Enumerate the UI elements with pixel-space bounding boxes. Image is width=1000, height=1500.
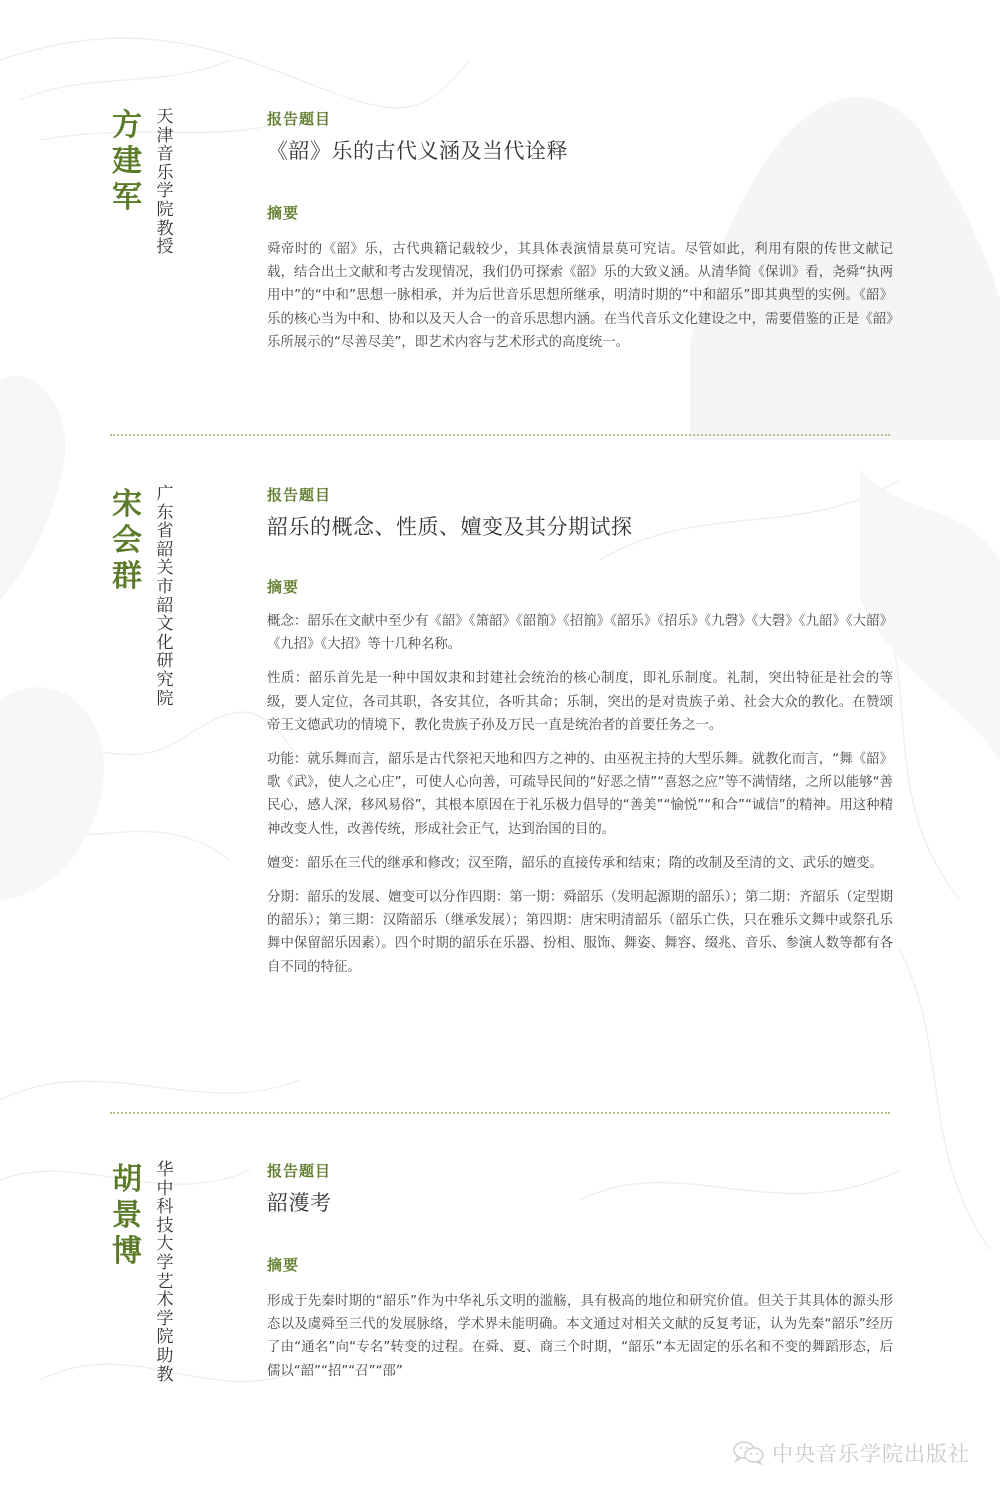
speaker-name: 胡 景 博 — [112, 1162, 142, 1270]
affiliation-char: 津 — [157, 127, 174, 146]
report-title: 《韶》乐的古代义涵及当代诠释 — [267, 136, 893, 166]
abstract-body: 舜帝时的《韶》乐，古代典籍记载较少，其具体表演情景莫可究诘。尽管如此，利用有限的… — [267, 238, 893, 354]
speaker-name-char: 群 — [112, 559, 142, 595]
affiliation-char: 科 — [157, 1198, 174, 1217]
affiliation-char: 教 — [157, 220, 174, 239]
abstract-paragraph-nature: 性质：韶乐首先是一种中国奴隶和封建社会统治的核心制度，即礼乐制度。礼制，突出特征… — [267, 667, 893, 737]
report-title-label: 报告题目 — [267, 1160, 893, 1182]
speaker-affiliation: 天 津 音 乐 学 院 教 授 — [155, 108, 175, 257]
affiliation-char: 中 — [157, 1180, 174, 1199]
speaker-affiliation: 华 中 科 技 大 学 艺 术 学 院 助 教 — [155, 1161, 175, 1384]
affiliation-char: 东 — [157, 504, 174, 523]
report-title: 韶濩考 — [267, 1188, 893, 1218]
abstract-paragraph-periods: 分期：韶乐的发展、嬗变可以分作四期：第一期：舜韶乐（发明起源期的韶乐）；第二期：… — [267, 886, 893, 979]
affiliation-char: 院 — [157, 1328, 174, 1347]
affiliation-char: 文 — [157, 615, 174, 634]
affiliation-char: 韶 — [157, 541, 174, 560]
affiliation-char: 教 — [157, 1366, 174, 1385]
affiliation-char: 授 — [157, 238, 174, 257]
speaker-name-char: 博 — [112, 1234, 142, 1270]
abstract-label: 摘要 — [267, 576, 893, 598]
speaker-name-char: 建 — [112, 144, 142, 180]
affiliation-char: 省 — [157, 522, 174, 541]
section-divider — [110, 1112, 890, 1114]
publisher-watermark: 中央音乐学院出版社 — [732, 1438, 970, 1468]
speaker-name: 方 建 军 — [112, 108, 142, 216]
affiliation-char: 艺 — [157, 1273, 174, 1292]
speaker-name-char: 宋 — [112, 487, 142, 523]
wechat-icon — [732, 1440, 766, 1466]
report-title-label: 报告题目 — [267, 108, 893, 130]
abstract-body: 形成于先秦时期的“韶乐”作为中华礼乐文明的滥觞，具有极高的地位和研究价值。但关于… — [267, 1290, 893, 1383]
report-title-label: 报告题目 — [267, 484, 893, 506]
affiliation-char: 学 — [157, 1254, 174, 1273]
affiliation-char: 术 — [157, 1291, 174, 1310]
speaker-name-char: 军 — [112, 180, 142, 216]
abstract-paragraph: 舜帝时的《韶》乐，古代典籍记载较少，其具体表演情景莫可究诘。尽管如此，利用有限的… — [267, 238, 893, 354]
talk-content: 报告题目 韶乐的概念、性质、嬗变及其分期试探 摘要 概念：韶乐在文献中至少有《韶… — [267, 484, 893, 979]
speaker-section-1: 方 建 军 天 津 音 乐 学 院 教 授 报告题目 《韶》乐的古代义涵及当代诠… — [0, 0, 1000, 434]
report-title: 韶乐的概念、性质、嬗变及其分期试探 — [267, 512, 893, 542]
speaker-name-char: 方 — [112, 108, 142, 144]
affiliation-char: 学 — [157, 182, 174, 201]
affiliation-char: 乐 — [157, 164, 174, 183]
talk-content: 报告题目 《韶》乐的古代义涵及当代诠释 摘要 舜帝时的《韶》乐，古代典籍记载较少… — [267, 108, 893, 354]
affiliation-char: 学 — [157, 1310, 174, 1329]
affiliation-char: 助 — [157, 1347, 174, 1366]
abstract-paragraph-concept: 概念：韶乐在文献中至少有《韶》《箫韶》《韶箾》《招箾》《韶乐》《招乐》《九磬》《… — [267, 610, 893, 656]
affiliation-char: 技 — [157, 1217, 174, 1236]
speaker-name: 宋 会 群 — [112, 487, 142, 595]
speaker-name-char: 会 — [112, 523, 142, 559]
abstract-paragraph: 形成于先秦时期的“韶乐”作为中华礼乐文明的滥觞，具有极高的地位和研究价值。但关于… — [267, 1290, 893, 1383]
speaker-name-char: 胡 — [112, 1162, 142, 1198]
section-divider — [110, 434, 890, 436]
talk-content: 报告题目 韶濩考 摘要 形成于先秦时期的“韶乐”作为中华礼乐文明的滥觞，具有极高… — [267, 1160, 893, 1383]
speaker-affiliation: 广 东 省 韶 关 市 韶 文 化 研 究 院 — [155, 485, 175, 708]
watermark-text: 中央音乐学院出版社 — [772, 1438, 970, 1468]
affiliation-char: 华 — [157, 1161, 174, 1180]
affiliation-char: 天 — [157, 108, 174, 127]
affiliation-char: 关 — [157, 559, 174, 578]
affiliation-char: 市 — [157, 578, 174, 597]
abstract-body: 概念：韶乐在文献中至少有《韶》《箫韶》《韶箾》《招箾》《韶乐》《招乐》《九磬》《… — [267, 610, 893, 979]
affiliation-char: 广 — [157, 485, 174, 504]
speaker-name-char: 景 — [112, 1198, 142, 1234]
affiliation-char: 研 — [157, 652, 174, 671]
affiliation-char: 大 — [157, 1235, 174, 1254]
affiliation-char: 韶 — [157, 597, 174, 616]
abstract-paragraph-evolution: 嬗变：韶乐在三代的继承和修改；汉至隋，韶乐的直接传承和结束；隋的改制及至清的文、… — [267, 852, 893, 875]
affiliation-char: 究 — [157, 671, 174, 690]
abstract-paragraph-function: 功能：就乐舞而言，韶乐是古代祭祀天地和四方之神的、由巫祝主持的大型乐舞。就教化而… — [267, 748, 893, 841]
abstract-label: 摘要 — [267, 1254, 893, 1276]
affiliation-char: 院 — [157, 690, 174, 709]
affiliation-char: 院 — [157, 201, 174, 220]
abstract-label: 摘要 — [267, 202, 893, 224]
affiliation-char: 音 — [157, 145, 174, 164]
affiliation-char: 化 — [157, 634, 174, 653]
